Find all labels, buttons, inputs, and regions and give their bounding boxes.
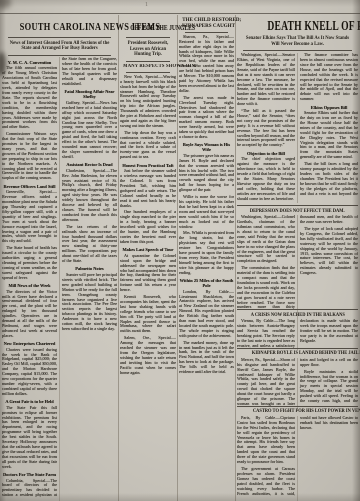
body-paragraph: Willie is none the worse for his captivi… [179, 195, 234, 229]
deck-roosevelt-trip: President Roosevelt, Leaves on African H… [120, 40, 176, 59]
article-subhead: Mill News of the Week [2, 283, 57, 288]
headline-castro-venezuela: CASTRO TO FIGHT FOR HIS LOST POWER IN VE… [237, 408, 358, 415]
section-south-carolina-news: SOUTH CAROLINA NEWS ITEMS News of Intere… [2, 15, 117, 501]
article-subhead: Elkins Opposes Bill [300, 105, 358, 110]
article-castro-venezuela: CASTRO TO FIGHT FOR HIS LOST POWER IN VE… [237, 406, 358, 501]
body-paragraph: Vienna, By Cable.—The long strain betwee… [237, 319, 358, 350]
body-paragraph: Senator Elkins said further that the dut… [300, 111, 358, 160]
article-subhead: Makes Last Speech of Tour [120, 247, 176, 252]
column-rule [235, 15, 236, 501]
divider-rule [8, 37, 111, 38]
body-paragraph: Mrs. Whitla is prostrated from the long … [179, 231, 234, 275]
divider-rule [8, 55, 111, 56]
deck-senator-elkins: Senator Elkins Says That The Bill As It … [237, 35, 358, 48]
headline-kidnaper-boyle: KIDNAPER BOYLE IS LANDED BEHIND THE JAIL… [237, 350, 358, 357]
article-subhead: A Great Fair is to be Held [2, 399, 57, 404]
body-paragraph: The State Fair this fall promises to ecl… [2, 406, 57, 470]
body-balkans-crisis: Vienna, By Cable.—The long strain betwee… [237, 319, 358, 350]
body-paragraph: New York, Special.—Waving a hearty farew… [120, 75, 176, 129]
newspaper-page: 1 SOUTH CAROLINA NEWS ITEMS News of Inte… [0, 0, 360, 501]
scan-smudge [0, 0, 11, 9]
body-paragraph: Salem, Ore., Special.—Among the messages… [120, 336, 176, 375]
body-paragraph: The directors of the Victor mills at Gre… [2, 290, 57, 339]
column-rule [118, 15, 119, 501]
body-paragraph: The marked money, done up in neat bundle… [179, 341, 234, 375]
article-subhead: Doctors For The State Farm [2, 472, 57, 477]
divider-rule [243, 50, 352, 51]
body-south-carolina-news: Y. M. C. A. ConventionThe fifth annual c… [2, 57, 117, 501]
body-paragraph: “The bill as it passed the House,” said … [237, 109, 295, 148]
body-kidnaper-boyle: Mercer, Pa., Special.—Shorn of his disgu… [237, 358, 358, 411]
body-paragraph: Washington, Special.—Colonel Goethals, c… [237, 215, 295, 264]
body-paragraph: London, By Cable.—Lieutenant Shackleton,… [179, 290, 234, 339]
body-payne-bill: Washington, Special.—Senator Elkins, of … [237, 53, 358, 203]
body-paragraph: The State board of health has issued a c… [2, 246, 57, 280]
body-paragraph: The finance committee has been in almost… [300, 53, 358, 102]
body-off-for-the-jungles: New York, Special.—Waving a hearty farew… [120, 75, 176, 501]
headline-death-knell-payne-bill: DEATH KNELL OF PAYNE BILL [237, 17, 358, 35]
body-depression-dam: Washington, Special.—Colonel Goethals, c… [237, 215, 358, 320]
column-rule [177, 15, 178, 501]
body-paragraph: The type of lock canal adopted by Congre… [300, 227, 358, 276]
body-paragraph: The tax returns of the railroads show an… [62, 225, 117, 264]
margin-mark: 1 [145, 1, 148, 9]
article-balkans-crisis: A CRISIS NOW REACHED IN THE BALKANS Vien… [237, 309, 358, 346]
headline-balkans-crisis: A CRISIS NOW REACHED IN THE BALKANS [237, 312, 358, 319]
section-off-for-the-jungles: OFF FOR THE JUNGLES President Roosevelt,… [120, 15, 176, 501]
article-subhead: Within 25 Miles of the South Pole [179, 278, 234, 288]
body-paragraph: The prisoner gave his name as James H. B… [179, 154, 234, 193]
divider-rule [126, 72, 170, 73]
body-paragraph: Just before the steamer sailed a wireles… [120, 169, 176, 208]
top-rule [0, 13, 360, 14]
article-subhead: Boyle Says Woman is His Wife [179, 142, 234, 152]
subtitle-south-carolina-news: News of Interest Gleaned From All Sectio… [2, 40, 117, 53]
body-paragraph: The trip down the bay was a continuous o… [120, 131, 176, 160]
body-paragraph: Charters were issued during the week to … [2, 348, 57, 397]
body-paragraph: Gaffney, Special.—News has reached here … [62, 101, 117, 160]
body-paragraph: Sumter will pave her principal streets w… [62, 273, 117, 332]
article-depression-dam: DEPRESSION DOES NOT EFFECT THE DAM. Wash… [237, 205, 358, 307]
body-castro-venezuela: Paris, By Cable.—Cipriano Castro has sai… [237, 416, 358, 501]
body-paragraph: Greenville, Special.—Revenue officers ra… [2, 190, 57, 244]
article-subhead: Objection to the Bill [237, 151, 295, 156]
headline-depression-dam: DEPRESSION DOES NOT EFFECT THE DAM. [237, 208, 358, 215]
body-child-restored: Sharon, Pa., Special.—Restored to his fa… [179, 35, 234, 501]
body-paragraph: Washington, Special.—Senator Elkins, of … [237, 53, 295, 107]
page-columns: SOUTH CAROLINA NEWS ITEMS News of Intere… [2, 15, 358, 501]
body-paragraph: Commissioner Watson says that the fruit … [2, 132, 57, 181]
article-subhead: New Enterprises Chartered [2, 341, 57, 346]
article-subhead: Fatal Shooting Affair Near Shelby [62, 89, 117, 99]
body-paragraph: Charleston, Special.—The Rev. John Harle… [62, 169, 117, 223]
body-paragraph: Kermit Roosevelt, who accompanies his fa… [120, 295, 176, 334]
subhead-many-respects: MANY RESPECTS SHOWN HIM [120, 64, 176, 70]
article-kidnaper-boyle: KIDNAPER BOYLE IS LANDED BEHIND THE JAIL… [237, 348, 358, 404]
divider-rule [126, 61, 170, 62]
body-paragraph: The arrest was made in Cleveland Tuesday… [179, 96, 234, 140]
body-paragraph: The fifth annual convention of the Young… [2, 66, 57, 130]
body-paragraph: One hundred employes of a single shop ma… [120, 210, 176, 244]
article-subhead: Assistant Rector Is Dead [62, 162, 117, 167]
article-subhead: Palmetto Notes [62, 266, 117, 271]
headline-child-restored-line2: KIDNAPERS CAUGHT [179, 23, 234, 29]
body-paragraph: At quarantine the Colonel stood upon the… [120, 254, 176, 293]
body-paragraph: Paris, By Cable.—Cipriano Castro has sai… [237, 416, 295, 465]
article-subhead: Revenue Officers Land Still [2, 184, 57, 189]
article-subhead: Honest From Practical Taft [120, 163, 176, 168]
divider-rule [126, 37, 170, 38]
headline-south-carolina-news: SOUTH CAROLINA NEWS ITEMS [2, 17, 117, 35]
section-child-restored: THE CHILD RESTORED; KIDNAPERS CAUGHT Sha… [179, 15, 234, 501]
article-subhead: Y. M. C. A. Convention [2, 60, 57, 65]
body-paragraph: The chief objection urged against the me… [237, 157, 295, 201]
section-right-articles: DEATH KNELL OF PAYNE BILL Senator Elkins… [237, 15, 358, 501]
